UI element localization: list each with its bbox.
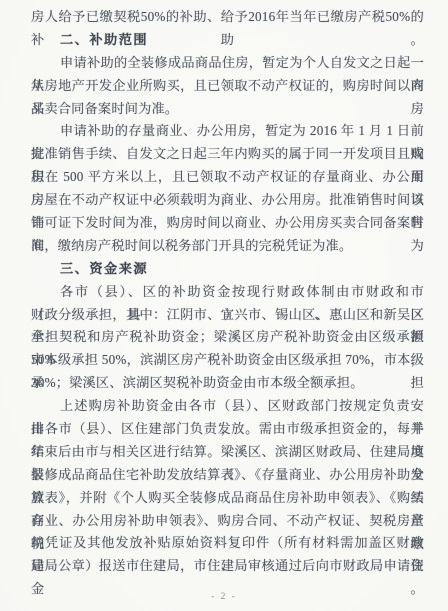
document-line: 财政分级承担，其中：江阴市、宜兴市、锡山区、惠山区和新吴区全额: [31, 304, 424, 327]
document-line: 申请补助的存量商业、办公用房，暂定为 2016 年 1 月 1 日前完成: [31, 120, 424, 143]
document-line: 积在 500 平方米以上，且已领取不动产权证的存量商业、办公用房，该: [31, 166, 424, 189]
document-line: 商业、办公用房补助申领表》、购房合同、不动产权证、契税房产税缴: [31, 510, 424, 533]
document-line: 建局公章）报送市住建局，市住建局审核通过后向市财政局申请资金。: [31, 555, 424, 578]
document-line: 房屋在不动产权证中必须载明为商业、办公用房。批准销售时间以销售: [31, 189, 424, 212]
document-line: 各市（县）、区的补助资金按现行财政体制由市财政和市（县）、区: [31, 281, 424, 304]
document-line: 上述购房补助资金由各市（县）、区财政部门按规定负责安排，并: [31, 395, 424, 418]
document-line: 装修成品商品住宅补助发放结算表》、《存量商业、办公用房补助发放结: [31, 464, 424, 487]
document-line: 市本级承担 50%，滨湖区房产税补助资金由区级承担 70%，市本级承担: [31, 349, 424, 372]
document-line: 从房地产开发企业所购买，且已领取不动产权证的，购房时间以商品房: [31, 75, 424, 98]
document-line: 纳凭证及其他发放补贴原始资料复印件（所有材料需加盖区财政局、住: [31, 532, 424, 555]
document-line: 结束后由市与相关区进行结算。梁溪区、滨湖区财政局、住建局填报《全: [31, 441, 424, 464]
document-line: 由各市（县）、区住建部门负责发放。需由市级承担资金的，每半年度: [31, 418, 424, 441]
page-number: - 2 -: [0, 592, 448, 602]
document-line: 算表》，并附《个人购买全装修成品商品住房补助申领表》、《购买存量: [31, 487, 424, 510]
document-line: 许可证下发时间为准，购房时间以商业、办公用房买卖合同备案时间为: [31, 212, 424, 235]
document-line: 批准销售手续、自发文之日起三年内购买的属于同一开发项目且购房面: [31, 143, 424, 166]
document-line: 房人给予已缴契税50%的补助、给予2016年当年已缴房产税50%的补助。: [31, 6, 424, 29]
scanned-document-page: 房人给予已缴契税50%的补助、给予2016年当年已缴房产税50%的补助。 二、补…: [0, 0, 448, 611]
document-line: 承担契税和房产税补助资金；梁溪区房产税补助资金由区级承担 50%，: [31, 326, 424, 349]
document-body: 房人给予已缴契税50%的补助、给予2016年当年已缴房产税50%的补助。 二、补…: [31, 6, 424, 578]
document-line: 申请补助的全装修成品商品住房，暂定为个人自发文之日起一年内: [31, 52, 424, 75]
heading-funding-source: 三、资金来源: [31, 258, 424, 281]
